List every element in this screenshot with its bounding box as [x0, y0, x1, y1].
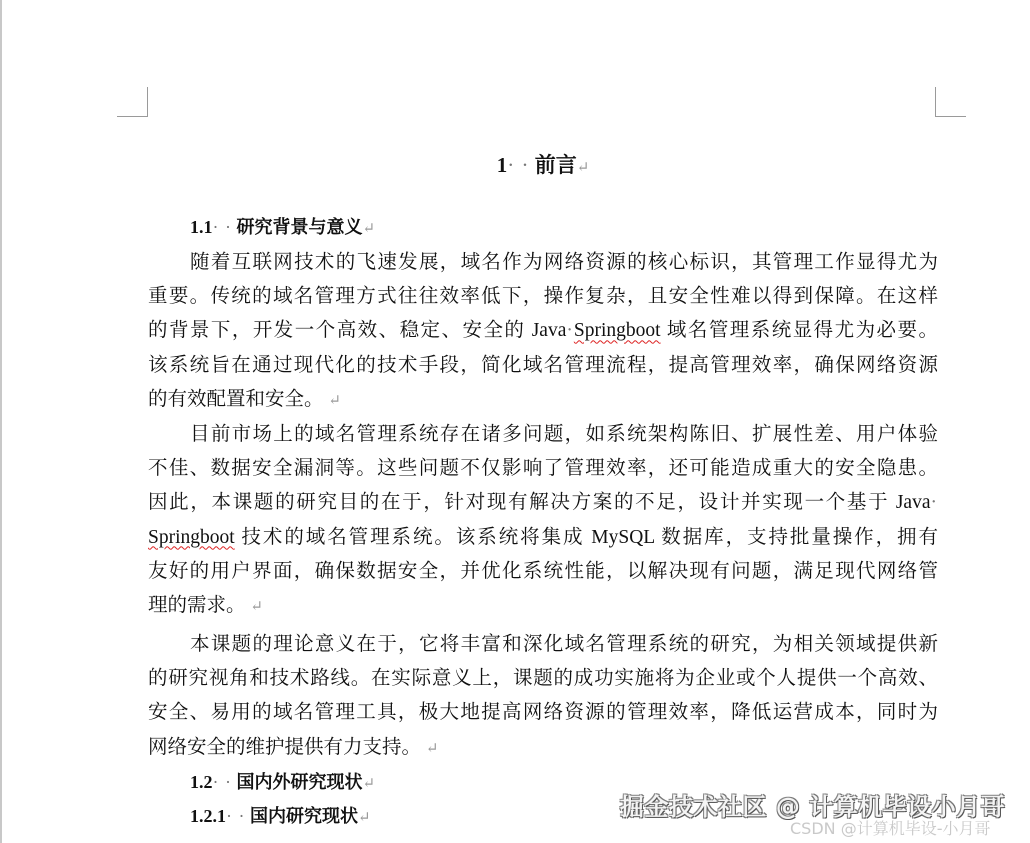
- crop-mark-top-right: [935, 87, 966, 117]
- text-line: 该系统旨在通过现代化的技术手段，简化域名管理流程，提高管理效率，确保网络资源: [148, 349, 938, 383]
- text-line: 因此，本课题的研究目的在于，针对现有解决方案的不足，设计并实现一个基于 Java…: [148, 486, 938, 520]
- paragraph-background: 随着互联网技术的飞速发展，域名作为网络资源的核心标识，其管理工作显得尤为 重要。…: [148, 246, 938, 417]
- paragraph-mark-icon: ↵: [328, 393, 341, 409]
- paragraph-mark-icon: ↵: [358, 810, 371, 826]
- heading-title: 前言: [535, 153, 577, 177]
- crop-mark-top-left: [117, 87, 148, 117]
- paragraph-mark-icon: ↵: [577, 160, 590, 176]
- text-line: 理的需求。 ↵: [148, 589, 938, 623]
- heading-1-2: 1.2· · 国内外研究现状↵: [190, 767, 375, 799]
- space-marks: · ·: [507, 153, 529, 177]
- page-left-edge: [0, 0, 2, 843]
- text-line: 的研究视角和技术路线。在实际意义上，课题的成功实施将为企业或个人提供一个高效、: [148, 662, 938, 696]
- heading-title: 国内研究现状: [250, 806, 358, 826]
- space-marks: · ·: [226, 806, 246, 826]
- space-marks: · ·: [213, 772, 233, 792]
- paragraph-significance: 本课题的理论意义在于，它将丰富和深化域名管理系统的研究，为相关领域提供新 的研究…: [148, 628, 938, 765]
- heading-1-1: 1.1· · 研究背景与意义↵: [190, 212, 375, 244]
- text-line: 的有效配置和安全。 ↵: [148, 383, 938, 417]
- text-line: 网络安全的维护提供有力支持。 ↵: [148, 731, 938, 765]
- heading-number: 1.1: [190, 217, 213, 237]
- heading-number: 1.2: [190, 772, 213, 792]
- space-marks: · ·: [213, 217, 233, 237]
- csdn-watermark: CSDN @计算机毕设-小月哥: [790, 816, 990, 839]
- heading-title: 研究背景与意义: [237, 217, 363, 237]
- text-line: Springboot 技术的域名管理系统。该系统将集成 MySQL 数据库，支持…: [148, 521, 938, 555]
- heading-number: 1.2.1: [190, 806, 226, 826]
- spellcheck-word[interactable]: Springboot: [148, 527, 235, 548]
- text-line: 安全、易用的域名管理工具，极大地提高网络资源的管理效率，降低运营成本，同时为: [148, 696, 938, 730]
- paragraph-mark-icon: ↵: [363, 776, 376, 792]
- paragraph-problems: 目前市场上的域名管理系统存在诸多问题，如系统架构陈旧、扩展性差、用户体验 不佳、…: [148, 418, 938, 623]
- text-line: 不佳、数据安全漏洞等。这些问题不仅影响了管理效率，还可能造成重大的安全隐患。: [148, 452, 938, 486]
- heading-1: 1· · 前言↵: [148, 150, 938, 183]
- text-line: 随着互联网技术的飞速发展，域名作为网络资源的核心标识，其管理工作显得尤为: [148, 246, 938, 280]
- text-line: 重要。传统的域名管理方式往往效率低下，操作复杂，且安全性难以得到保障。在这样: [148, 280, 938, 314]
- spellcheck-word[interactable]: Springboot: [574, 320, 661, 341]
- heading-1-2-1: 1.2.1· · 国内研究现状↵: [190, 801, 371, 833]
- paragraph-mark-icon: ↵: [363, 221, 376, 237]
- paragraph-mark-icon: ↵: [250, 599, 263, 615]
- paragraph-mark-icon: ↵: [426, 741, 439, 757]
- text-line: 本课题的理论意义在于，它将丰富和深化域名管理系统的研究，为相关领域提供新: [148, 628, 938, 662]
- text-line: 友好的用户界面，确保数据安全，并优化系统性能，以解决现有问题，满足现代网络管: [148, 555, 938, 589]
- heading-number: 1: [497, 153, 508, 177]
- text-line: 目前市场上的域名管理系统存在诸多问题，如系统架构陈旧、扩展性差、用户体验: [148, 418, 938, 452]
- text-line: 的背景下，开发一个高效、稳定、安全的 Java·Springboot 域名管理系…: [148, 314, 938, 348]
- heading-title: 国内外研究现状: [237, 772, 363, 792]
